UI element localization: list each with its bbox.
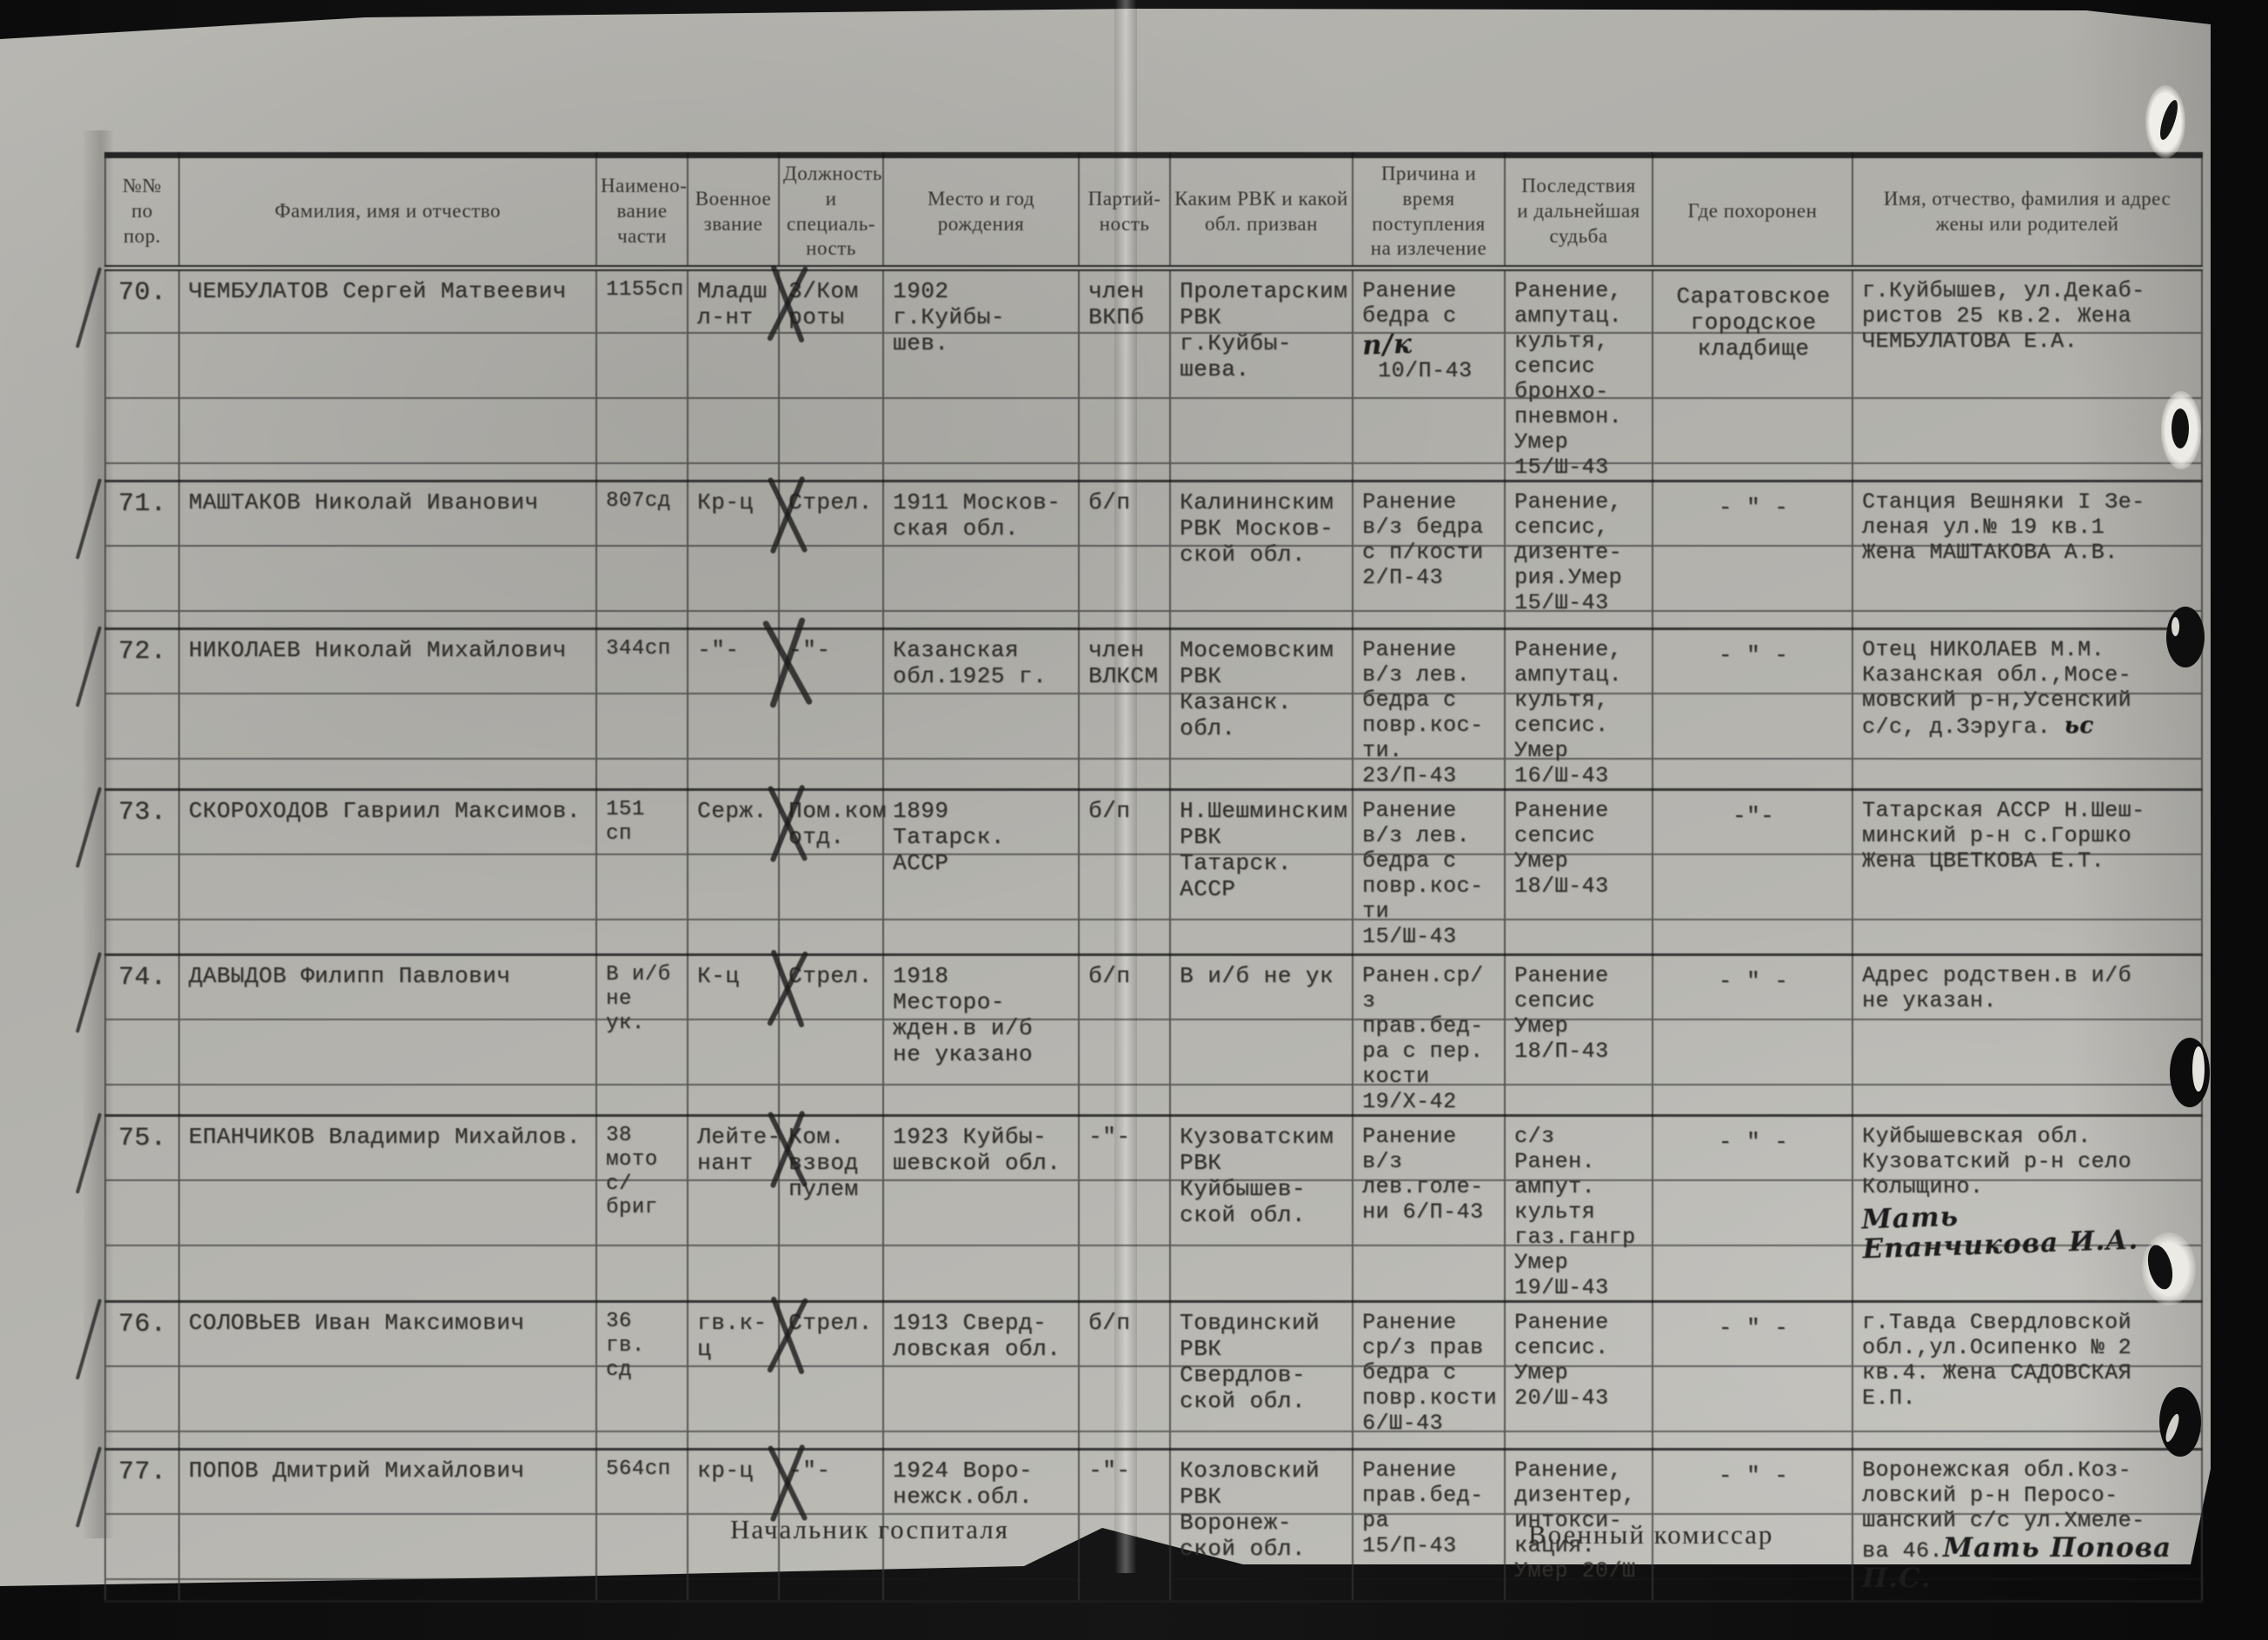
cell-position: Пом.ком отд. <box>779 790 883 955</box>
rank: кр-ц <box>697 1457 753 1484</box>
unit: 1155сп <box>606 278 683 302</box>
header-rank: Военное звание <box>688 156 779 269</box>
cell-relatives: Отец НИКОЛАЕВ М.М. Казанская обл.,Мосе- … <box>1852 629 2202 790</box>
punch-hole <box>2161 391 2201 469</box>
header-party: Партий- ность <box>1079 156 1170 269</box>
position: Стрел. <box>788 1310 873 1336</box>
relatives: Татарская АССР Н.Шеш- минский р-н с.Горш… <box>1862 798 2145 873</box>
cell-outcome: Ранение сепсис Умер 18/П-43 <box>1505 955 1653 1116</box>
cell-position: Ком. взвод пулем <box>779 1116 883 1302</box>
cell-burial: -"- <box>1653 790 1852 955</box>
cell-position: Стрел. <box>779 955 883 1116</box>
party: член ВКПб <box>1088 278 1144 330</box>
birth: 1918 Месторо- жден.в и/б не указано <box>893 963 1033 1067</box>
cell-cause: Ранение в/з лев. бедра с повр.кос- ти 15… <box>1353 790 1505 955</box>
row-number: 71. <box>118 489 167 519</box>
position: 3/Ком роты <box>788 278 859 330</box>
full-name: ПОПОВ Дмитрий Михайлович <box>189 1457 524 1484</box>
cell-burial: - " - <box>1653 629 1852 790</box>
outcome: Ранение, ампутац. культя, сепсис. Умер 1… <box>1514 637 1622 788</box>
table-row: 74. ДАВЫДОВ Филипп Павлович В и/б не ук.… <box>105 955 2202 1116</box>
table-body: 70. ЧЕМБУЛАТОВ Сергей Матвеевич 1155сп М… <box>105 269 2202 1602</box>
ditto-mark: -"- <box>1088 1124 1130 1150</box>
row-number: 72. <box>118 637 167 667</box>
cell-full-name: ЕПАНЧИКОВ Владимир Михайлов. <box>179 1116 596 1302</box>
cell-rvk: Кузоватским РВК Куйбышев- ской обл. <box>1170 1116 1353 1302</box>
pen-slash-icon <box>75 949 101 1040</box>
cell-rvk: Калининским РВК Москов- ской обл. <box>1170 481 1353 629</box>
ditto-mark: -"- <box>1733 803 1774 829</box>
cell-rvk: В и/б не ук <box>1170 955 1353 1116</box>
rank: Лейте- нант <box>697 1124 781 1176</box>
full-name: НИКОЛАЕВ Николай Михайлович <box>189 637 567 663</box>
cell-row-number: 73. <box>105 790 179 955</box>
row-number: 74. <box>118 963 167 993</box>
full-name: ЧЕМБУЛАТОВ Сергей Матвеевич <box>189 278 567 304</box>
relatives: г.Тавда Свердловской обл.,ул.Осипенко № … <box>1862 1310 2132 1411</box>
cell-outcome: Ранение сепсис. Умер 20/Ш-43 <box>1505 1302 1653 1450</box>
handwritten-correction: ьс <box>2065 713 2094 739</box>
full-name: МАШТАКОВ Николай Иванович <box>189 489 539 515</box>
cell-cause: Ранение ср/з прав бедра с повр.кости 6/Ш… <box>1353 1302 1505 1450</box>
cell-full-name: СОЛОВЬЕВ Иван Максимович <box>179 1302 596 1450</box>
cell-burial: - " - <box>1653 1302 1852 1450</box>
cell-unit: 151 сп <box>596 790 688 955</box>
birth: 1899 Татарск. АССР <box>893 798 1005 876</box>
cell-position: -"- <box>779 629 883 790</box>
pen-slash-icon <box>75 1296 101 1387</box>
rank: Младш л-нт <box>697 278 768 330</box>
ditto-mark: - " - <box>1719 1129 1789 1155</box>
cell-row-number: 75. <box>105 1116 179 1302</box>
cause: Ранение бедра с <box>1362 278 1457 329</box>
pen-slash-icon <box>75 623 101 714</box>
cause: Ранен.ср/з прав.бед- ра с пер. кости 19/… <box>1362 963 1484 1114</box>
cause: Ранение в/з лев. бедра с повр.кос- ти. 2… <box>1362 637 1484 788</box>
cell-rank: Лейте- нант <box>688 1116 779 1302</box>
cell-birth: Казанская обл.1925 г. <box>883 629 1079 790</box>
unit: 38 мото с/бриг <box>606 1124 658 1219</box>
full-name: СКОРОХОДОВ Гавриил Максимов. <box>189 798 581 824</box>
cell-unit: 1155сп <box>596 269 688 481</box>
cell-party: б/п <box>1079 1302 1170 1450</box>
cause-date: 10/П-43 <box>1362 358 1497 383</box>
row-number: 77. <box>118 1457 167 1487</box>
page-content: №№ по пор. Фамилия, имя и отчество Наиме… <box>0 0 2268 1640</box>
unit: В и/б не ук. <box>606 963 671 1035</box>
rvk: Товдинский РВК Свердлов- ской обл. <box>1180 1310 1320 1414</box>
cell-row-number: 70. <box>105 269 179 481</box>
ditto-mark: - " - <box>1719 495 1789 521</box>
document-scan: №№ по пор. Фамилия, имя и отчество Наиме… <box>0 0 2268 1640</box>
ditto-mark: -"- <box>788 637 830 663</box>
unit: 564сп <box>606 1457 671 1481</box>
rank: Кр-ц <box>697 489 753 515</box>
full-name: ДАВЫДОВ Филипп Павлович <box>189 963 510 989</box>
full-name: СОЛОВЬЕВ Иван Максимович <box>189 1310 524 1336</box>
cell-party: -"- <box>1079 1116 1170 1302</box>
cell-cause: Ранение в/з бедра с п/кости 2/П-43 <box>1353 481 1505 629</box>
header-burial: Где похоронен <box>1653 156 1852 269</box>
cell-rank: гв.к-ц <box>688 1302 779 1450</box>
rank: Серж. <box>697 798 768 824</box>
outcome: с/з Ранен. ампут. культя газ.гангр Умер … <box>1514 1124 1636 1300</box>
full-name: ЕПАНЧИКОВ Владимир Михайлов. <box>189 1124 581 1150</box>
table-row: 73. СКОРОХОДОВ Гавриил Максимов. 151 сп … <box>105 790 2202 955</box>
cell-row-number: 72. <box>105 629 179 790</box>
cell-rank: Кр-ц <box>688 481 779 629</box>
cell-relatives: г.Куйбышев, ул.Декаб- ристов 25 кв.2. Же… <box>1852 269 2202 481</box>
table-header: №№ по пор. Фамилия, имя и отчество Наиме… <box>105 156 2202 269</box>
record-table: №№ по пор. Фамилия, имя и отчество Наиме… <box>104 152 2203 1603</box>
birth: 1924 Воро- нежск.обл. <box>893 1457 1033 1510</box>
header-birth: Место и год рождения <box>883 156 1079 269</box>
cell-outcome: Ранение сепсис Умер 18/Ш-43 <box>1505 790 1653 955</box>
cell-relatives: Воронежская обл.Коз- ловский р-н Перосо-… <box>1852 1450 2202 1602</box>
relatives: Станция Вешняки I Зе- леная ул.№ 19 кв.1… <box>1862 489 2145 565</box>
party: б/п <box>1088 963 1130 989</box>
cell-relatives: Адрес родствен.в и/б не указан. <box>1852 955 2202 1116</box>
ditto-mark: - " - <box>1719 968 1789 994</box>
header-relatives: Имя, отчество, фамилия и адрес жены или … <box>1852 156 2202 269</box>
rvk: Козловский РВК Воронеж- ской обл. <box>1180 1457 1320 1562</box>
cell-birth: 1902 г.Куйбы- шев. <box>883 269 1079 481</box>
rank: К-ц <box>697 963 739 989</box>
cell-rvk: Пролетарским РВК г.Куйбы- шева. <box>1170 269 1353 481</box>
cell-row-number: 71. <box>105 481 179 629</box>
cause: Ранение в/з бедра с п/кости 2/П-43 <box>1362 489 1484 590</box>
cell-rank: Серж. <box>688 790 779 955</box>
cause: Ранение в/з лев.голе- ни 6/П-43 <box>1362 1124 1484 1225</box>
pen-slash-icon <box>75 784 101 875</box>
rvk: Пролетарским РВК г.Куйбы- шева. <box>1180 278 1347 382</box>
ditto-mark: - " - <box>1719 1463 1789 1489</box>
header-row-number: №№ по пор. <box>105 156 179 269</box>
ditto-mark: - " - <box>1719 642 1789 668</box>
position: Пом.ком отд. <box>788 798 887 850</box>
cell-burial: - " - <box>1653 955 1852 1116</box>
cell-burial: - " - <box>1653 481 1852 629</box>
cell-birth: 1911 Москов- ская обл. <box>883 481 1079 629</box>
ditto-mark: -"- <box>697 637 739 663</box>
outcome: Ранение сепсис Умер 18/П-43 <box>1514 963 1609 1064</box>
ink-blob <box>2166 607 2205 667</box>
cell-row-number: 77. <box>105 1450 179 1602</box>
relatives: Куйбышевская обл. Кузоватский р-н село К… <box>1862 1124 2132 1199</box>
outcome: Ранение, сепсис, дизенте- рия.Умер 15/Ш-… <box>1514 489 1622 615</box>
cell-rvk: Н.Шешминским РВК Татарск. АССР <box>1170 790 1353 955</box>
cell-unit: 807сд <box>596 481 688 629</box>
header-unit: Наимено- вание части <box>596 156 688 269</box>
cell-position: Стрел. <box>779 481 883 629</box>
header-rvk: Каким РВК и какой обл. призван <box>1170 156 1353 269</box>
cell-cause: Ранение прав.бед- ра 15/П-43 <box>1353 1450 1505 1602</box>
birth: 1902 г.Куйбы- шев. <box>893 278 1005 356</box>
position: Стрел. <box>788 963 873 989</box>
cell-unit: 36 гв. сд <box>596 1302 688 1450</box>
ditto-mark: -"- <box>1088 1457 1130 1484</box>
punch-hole <box>2145 85 2185 158</box>
rvk: Калининским РВК Москов- ской обл. <box>1180 489 1334 568</box>
cell-relatives: Татарская АССР Н.Шеш- минский р-н с.Горш… <box>1852 790 2202 955</box>
cell-full-name: ПОПОВ Дмитрий Михайлович <box>179 1450 596 1602</box>
outcome: Ранение сепсис. Умер 20/Ш-43 <box>1514 1310 1609 1411</box>
ink-blob <box>2170 1038 2210 1107</box>
unit: 344сп <box>606 637 671 661</box>
cell-full-name: МАШТАКОВ Николай Иванович <box>179 481 596 629</box>
table-row: 77. ПОПОВ Дмитрий Михайлович 564сп кр-ц … <box>105 1450 2202 1602</box>
table-row: 71. МАШТАКОВ Николай Иванович 807сд Кр-ц… <box>105 481 2202 629</box>
table-row: 70. ЧЕМБУЛАТОВ Сергей Матвеевич 1155сп М… <box>105 269 2202 481</box>
ink-blob <box>2159 1387 2201 1457</box>
party: б/п <box>1088 798 1130 824</box>
cell-burial: Саратовское городское кладбище <box>1653 269 1852 481</box>
cell-birth: 1913 Сверд- ловская обл. <box>883 1302 1079 1450</box>
party: б/п <box>1088 489 1130 515</box>
birth: 1923 Куйбы- шевской обл. <box>893 1124 1061 1176</box>
unit: 36 гв. сд <box>606 1310 645 1382</box>
cell-unit: 38 мото с/бриг <box>596 1116 688 1302</box>
ditto-mark: - " - <box>1719 1315 1789 1341</box>
cell-outcome: с/з Ранен. ампут. культя газ.гангр Умер … <box>1505 1116 1653 1302</box>
cell-burial: - " - <box>1653 1116 1852 1302</box>
punch-hole <box>2142 1232 2196 1305</box>
cell-cause: Ранение в/з лев.голе- ни 6/П-43 <box>1353 1116 1505 1302</box>
party: б/п <box>1088 1310 1130 1336</box>
cell-rank: -"- <box>688 629 779 790</box>
cell-party: член ВЛКСМ <box>1079 629 1170 790</box>
rvk: Н.Шешминским РВК Татарск. АССР <box>1180 798 1347 902</box>
pen-slash-icon <box>75 264 101 355</box>
cell-outcome: Ранение, ампутац. культя, сепсис бронхо-… <box>1505 269 1653 481</box>
header-outcome: Последствия и дальнейшая судьба <box>1505 156 1653 269</box>
position: Ком. взвод пулем <box>788 1124 859 1202</box>
row-number: 70. <box>118 278 167 308</box>
header-position: Должность и специаль- ность <box>779 156 883 269</box>
cell-outcome: Ранение, ампутац. культя, сепсис. Умер 1… <box>1505 629 1653 790</box>
pen-slash-icon <box>75 1110 101 1201</box>
cell-birth: 1899 Татарск. АССР <box>883 790 1079 955</box>
cell-cause: Ранен.ср/з прав.бед- ра с пер. кости 19/… <box>1353 955 1505 1116</box>
unit: 807сд <box>606 489 671 513</box>
rank: гв.к-ц <box>697 1310 768 1362</box>
cause: Ранение в/з лев. бедра с повр.кос- ти 15… <box>1362 798 1484 949</box>
row-number: 75. <box>118 1124 167 1153</box>
cell-rank: Младш л-нт <box>688 269 779 481</box>
pen-slash-icon <box>75 1444 101 1535</box>
outcome: Ранение сепсис Умер 18/Ш-43 <box>1514 798 1609 899</box>
signature-line-hospital-chief: Начальник госпиталя <box>730 1514 1009 1545</box>
cell-cause: Ранение в/з лев. бедра с повр.кос- ти. 2… <box>1353 629 1505 790</box>
table-row: 76. СОЛОВЬЕВ Иван Максимович 36 гв. сд г… <box>105 1302 2202 1450</box>
cell-rank: К-ц <box>688 955 779 1116</box>
cell-unit: 564сп <box>596 1450 688 1602</box>
cell-rvk: Козловский РВК Воронеж- ской обл. <box>1170 1450 1353 1602</box>
cell-birth: 1918 Месторо- жден.в и/б не указано <box>883 955 1079 1116</box>
ditto-mark: -"- <box>788 1457 830 1484</box>
cell-party: -"- <box>1079 1450 1170 1602</box>
unit: 151 сп <box>606 798 645 846</box>
position: Стрел. <box>788 489 873 515</box>
cell-unit: В и/б не ук. <box>596 955 688 1116</box>
pen-slash-icon <box>75 475 101 567</box>
birth: 1913 Сверд- ловская обл. <box>893 1310 1061 1362</box>
header-row: №№ по пор. Фамилия, имя и отчество Наиме… <box>105 156 2202 269</box>
rvk: В и/б не ук <box>1180 963 1334 989</box>
table-row: 75. ЕПАНЧИКОВ Владимир Михайлов. 38 мото… <box>105 1116 2202 1302</box>
cell-cause: Ранение бедра сп/к10/П-43 <box>1353 269 1505 481</box>
cell-full-name: ДАВЫДОВ Филипп Павлович <box>179 955 596 1116</box>
burial: Саратовское городское кладбище <box>1676 283 1830 362</box>
cell-relatives: Станция Вешняки I Зе- леная ул.№ 19 кв.1… <box>1852 481 2202 629</box>
cell-rvk: Мосемовским РВК Казанск. обл. <box>1170 629 1353 790</box>
rvk: Кузоватским РВК Куйбышев- ской обл. <box>1180 1124 1334 1228</box>
cell-birth: 1923 Куйбы- шевской обл. <box>883 1116 1079 1302</box>
cause: Ранение ср/з прав бедра с повр.кости 6/Ш… <box>1362 1310 1497 1436</box>
cell-position: Стрел. <box>779 1302 883 1450</box>
rvk: Мосемовским РВК Казанск. обл. <box>1180 637 1334 741</box>
cause: Ранение прав.бед- ра 15/П-43 <box>1362 1457 1484 1558</box>
handwritten-note: п/к <box>1361 326 1497 360</box>
cell-relatives: г.Тавда Свердловской обл.,ул.Осипенко № … <box>1852 1302 2202 1450</box>
cell-row-number: 76. <box>105 1302 179 1450</box>
signature-line-military-commissar: Военный комиссар <box>1528 1519 1773 1550</box>
row-number: 73. <box>118 798 167 827</box>
birth: 1911 Москов- ская обл. <box>893 489 1061 541</box>
header-full-name: Фамилия, имя и отчество <box>179 156 596 269</box>
relatives: г.Куйбышев, ул.Декаб- ристов 25 кв.2. Же… <box>1862 278 2145 354</box>
outcome: Ранение, ампутац. культя, сепсис бронхо-… <box>1514 278 1622 480</box>
birth: Казанская обл.1925 г. <box>893 637 1047 689</box>
cell-position: 3/Ком роты <box>779 269 883 481</box>
cell-party: б/п <box>1079 481 1170 629</box>
party: член ВЛКСМ <box>1088 637 1159 689</box>
relatives: Адрес родствен.в и/б не указан. <box>1862 963 2132 1013</box>
table-row: 72. НИКОЛАЕВ Николай Михайлович 344сп -"… <box>105 629 2202 790</box>
header-cause: Причина и время поступления на излечение <box>1353 156 1505 269</box>
cell-outcome: Ранение, сепсис, дизенте- рия.Умер 15/Ш-… <box>1505 481 1653 629</box>
cell-party: б/п <box>1079 790 1170 955</box>
cell-full-name: ЧЕМБУЛАТОВ Сергей Матвеевич <box>179 269 596 481</box>
cell-party: член ВКПб <box>1079 269 1170 481</box>
cell-party: б/п <box>1079 955 1170 1116</box>
cell-rvk: Товдинский РВК Свердлов- ской обл. <box>1170 1302 1353 1450</box>
cell-full-name: НИКОЛАЕВ Николай Михайлович <box>179 629 596 790</box>
cell-row-number: 74. <box>105 955 179 1116</box>
cell-full-name: СКОРОХОДОВ Гавриил Максимов. <box>179 790 596 955</box>
row-number: 76. <box>118 1310 167 1339</box>
cell-unit: 344сп <box>596 629 688 790</box>
